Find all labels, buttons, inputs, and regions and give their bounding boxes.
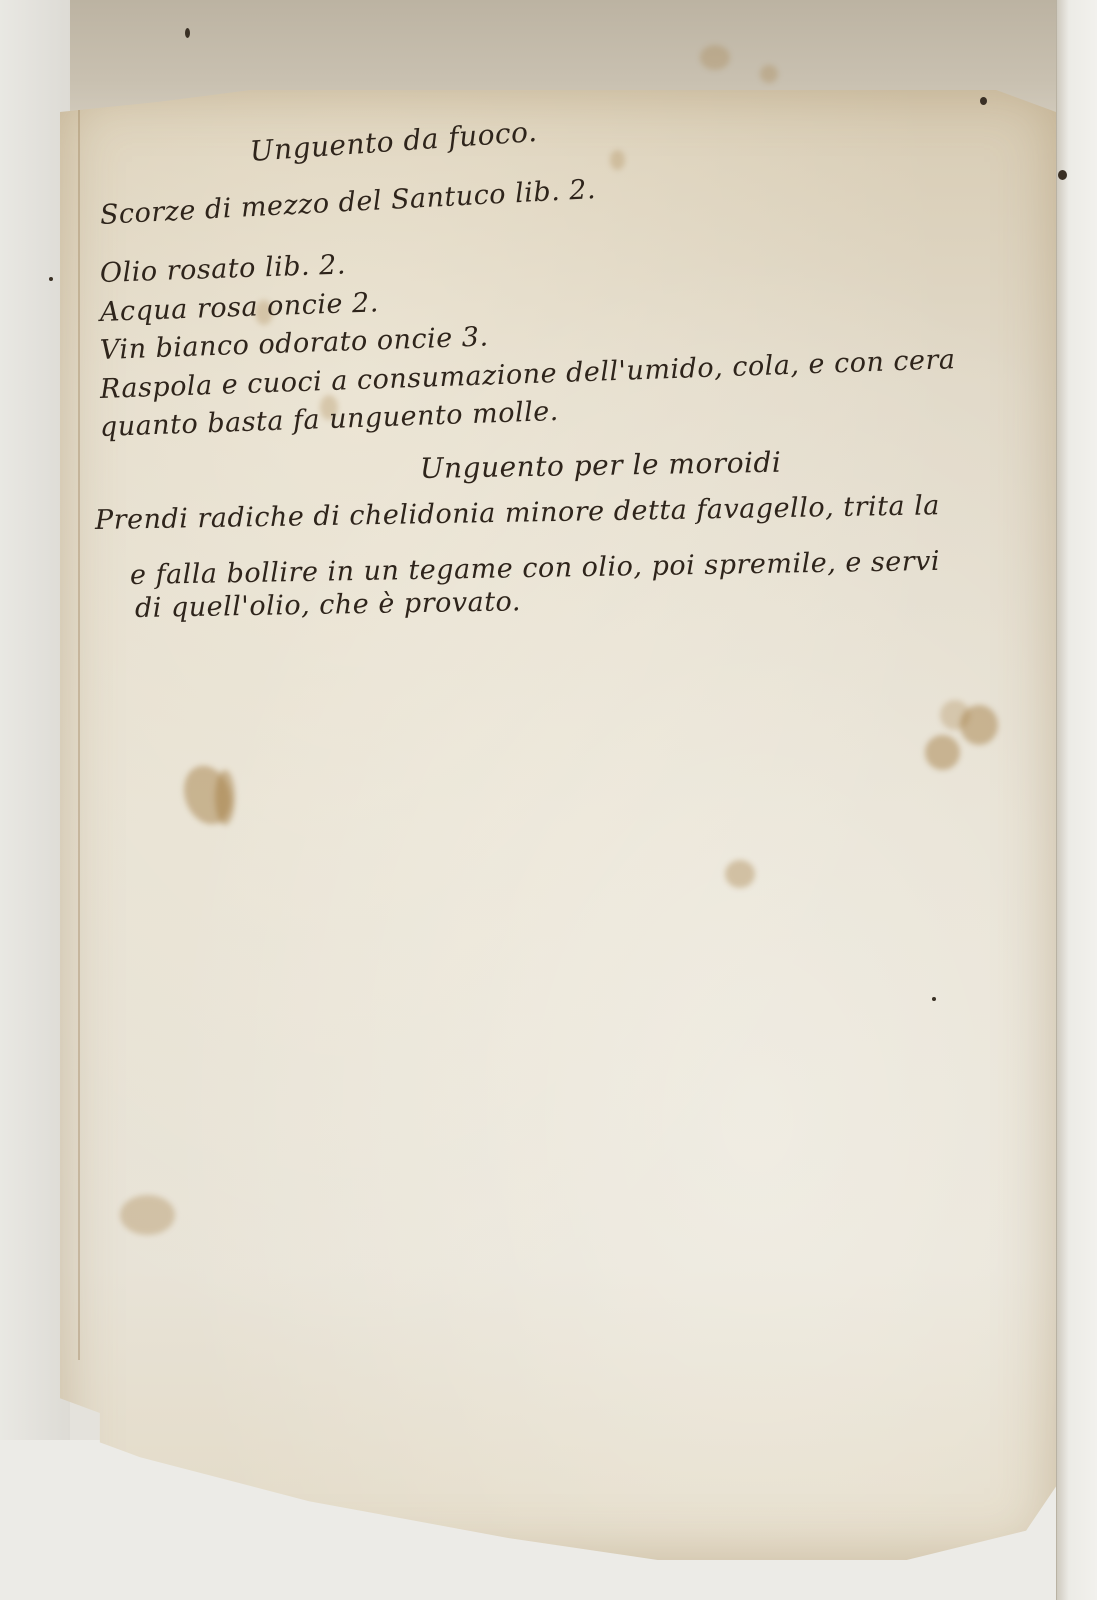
stain xyxy=(725,860,755,888)
stain xyxy=(925,735,960,770)
stain xyxy=(120,1195,175,1235)
background-left xyxy=(0,0,70,1600)
page-fold-line xyxy=(78,110,80,1360)
adjacent-page-edge xyxy=(1056,0,1097,1600)
stain xyxy=(700,45,730,70)
stain xyxy=(940,700,970,730)
section-2-heading: Unguento per le moroidi xyxy=(420,446,782,485)
ink-spot xyxy=(932,997,936,1001)
stain xyxy=(610,150,625,170)
ink-spot xyxy=(1058,170,1067,180)
ink-spot xyxy=(185,28,190,38)
ink-spot xyxy=(980,97,987,105)
stain xyxy=(215,770,235,825)
stain xyxy=(760,65,778,83)
ink-spot xyxy=(49,277,53,281)
